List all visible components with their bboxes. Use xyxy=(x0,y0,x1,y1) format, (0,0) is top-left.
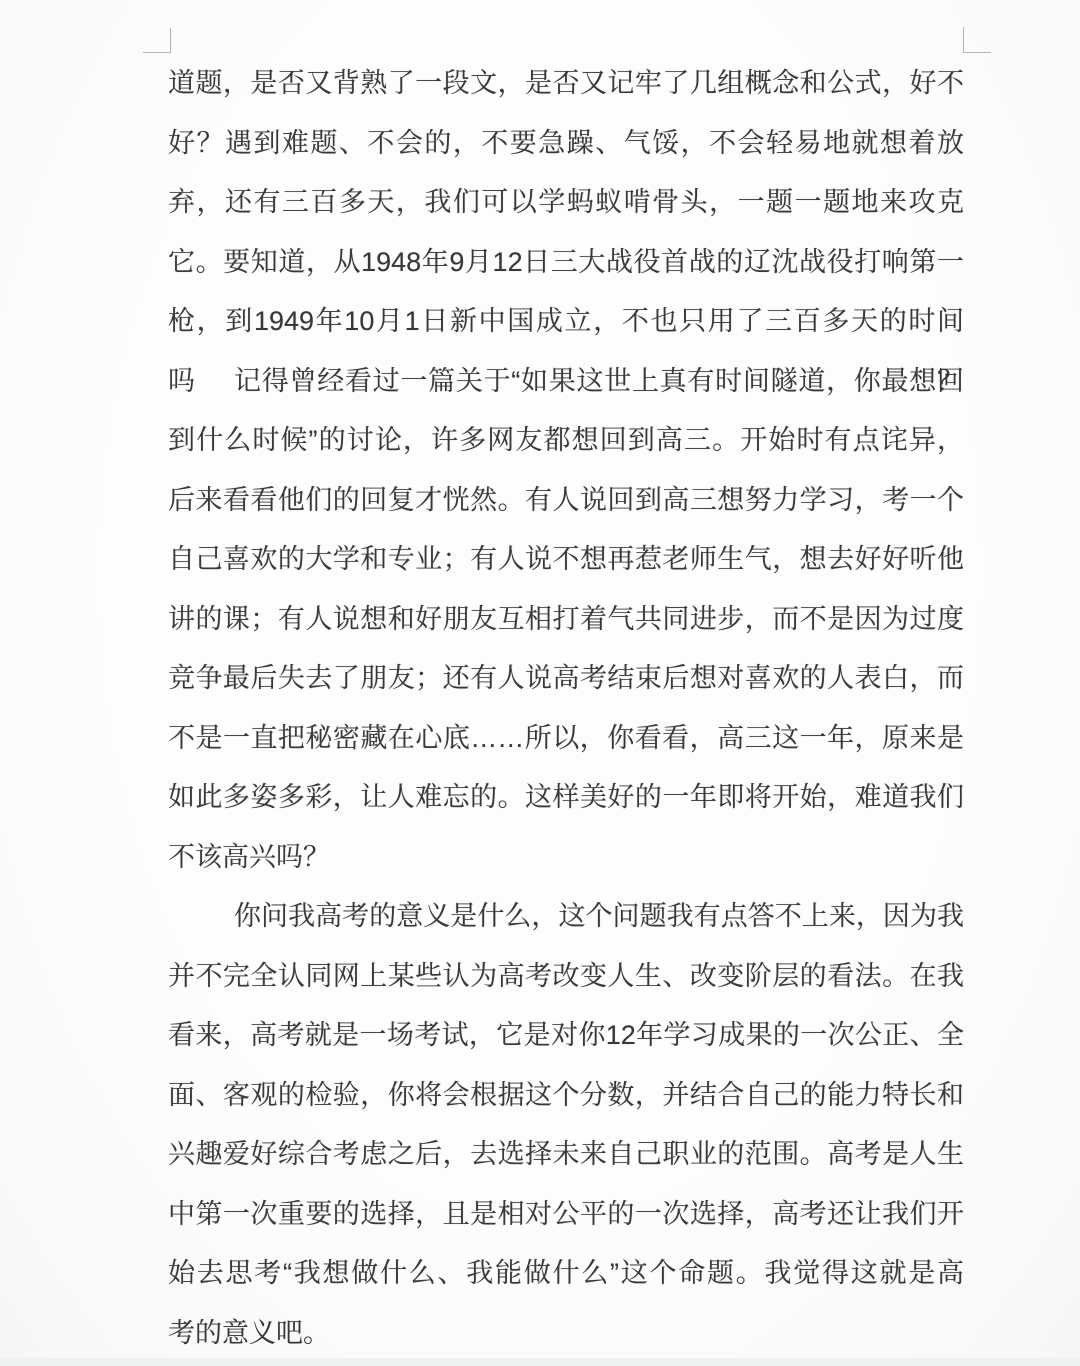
text-line: 后来看看他们的回复才恍然。有人说回到高三想努力学习，考一个 xyxy=(168,471,964,531)
text-line: 好？遇到难题、不会的，不要急躁、气馁，不会轻易地就想着放 xyxy=(168,114,964,174)
text-line: 考的意义吧。 xyxy=(168,1304,964,1364)
text-line: 不该高兴吗？ xyxy=(168,828,964,888)
text-line: 弃，还有三百多天，我们可以学蚂蚁啃骨头，一题一题地来攻克 xyxy=(168,173,964,233)
text-line: 到什么时候”的讨论，许多网友都想回到高三。开始时有点诧异， xyxy=(168,411,964,471)
page-bottom-edge-shade xyxy=(0,1358,1080,1366)
text-line: 记得曾经看过一篇关于“如果这世上真有时间隧道，你最想回 xyxy=(168,352,964,412)
text-line: 道题，是否又背熟了一段文，是否又记牢了几组概念和公式，好不 xyxy=(168,54,964,114)
text-boundary-corner-mark-left xyxy=(143,28,171,53)
text-line: 如此多姿多彩，让人难忘的。这样美好的一年即将开始，难道我们 xyxy=(168,768,964,828)
text-line: 讲的课；有人说想和好朋友互相打着气共同进步，而不是因为过度 xyxy=(168,590,964,650)
text-line: 看来，高考就是一场考试，它是对你12年学习成果的一次公正、全 xyxy=(168,1006,964,1066)
text-line: 兴趣爱好综合考虑之后，去选择未来自己职业的范围。高考是人生 xyxy=(168,1125,964,1185)
document-page: 道题，是否又背熟了一段文，是否又记牢了几组概念和公式，好不 好？遇到难题、不会的… xyxy=(0,0,1080,1366)
text-line: 面、客观的检验，你将会根据这个分数，并结合自己的能力特长和 xyxy=(168,1066,964,1126)
document-text-block: 道题，是否又背熟了一段文，是否又记牢了几组概念和公式，好不 好？遇到难题、不会的… xyxy=(168,54,964,1363)
text-boundary-corner-mark-right xyxy=(963,27,991,53)
text-line: 它。要知道，从1948年9月12日三大战役首战的辽沈战役打响第一 xyxy=(168,233,964,293)
text-line: 不是一直把秘密藏在心底……所以，你看看，高三这一年，原来是 xyxy=(168,709,964,769)
text-line: 你问我高考的意义是什么，这个问题我有点答不上来，因为我 xyxy=(168,887,964,947)
text-line: 并不完全认同网上某些认为高考改变人生、改变阶层的看法。在我 xyxy=(168,947,964,1007)
text-line: 竞争最后失去了朋友；还有人说高考结束后想对喜欢的人表白，而 xyxy=(168,649,964,709)
text-line: 枪，到1949年10月1日新中国成立，不也只用了三百多天的时间吗？ xyxy=(168,292,964,352)
text-line: 始去思考“我想做什么、我能做什么”这个命题。我觉得这就是高 xyxy=(168,1244,964,1304)
text-line: 自己喜欢的大学和专业；有人说不想再惹老师生气，想去好好听他 xyxy=(168,530,964,590)
text-line: 中第一次重要的选择，且是相对公平的一次选择，高考还让我们开 xyxy=(168,1185,964,1245)
